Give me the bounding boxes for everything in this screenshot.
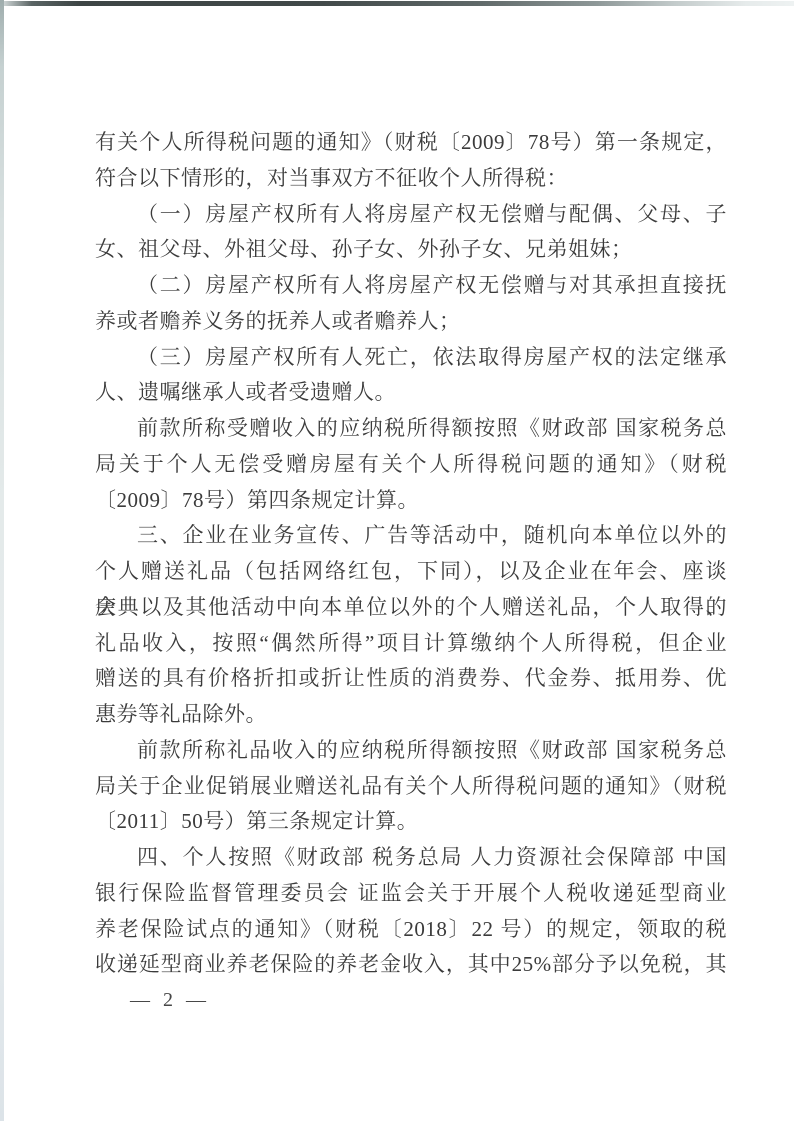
document-line: 局关于个人无偿受赠房屋有关个人所得税问题的通知》（财税 [95,447,727,483]
document-line: （三）房屋产权所有人死亡，依法取得房屋产权的法定继承 [95,340,727,376]
document-line: 养老保险试点的通知》（财税〔2018〕22 号）的规定，领取的税 [95,912,727,948]
document-line: 四、个人按照《财政部 税务总局 人力资源社会保障部 中国 [95,840,727,876]
document-line: 局关于企业促销展业赠送礼品有关个人所得税问题的通知》（财税 [95,769,727,805]
document-line: 人、遗嘱继承人或者受遗赠人。 [95,375,727,411]
document-line: 女、祖父母、外祖父母、孙子女、外孙子女、兄弟姐妹； [95,232,727,268]
document-line: 〔2009〕78号）第四条规定计算。 [95,483,727,519]
scan-artifact-left-edge [0,0,4,1121]
document-line: 三、企业在业务宣传、广告等活动中，随机向本单位以外的 [95,518,727,554]
scanned-document-page: 有关个人所得税问题的通知》（财税〔2009〕78号）第一条规定， 符合以下情形的… [0,0,794,1121]
document-line: 前款所称受赠收入的应纳税所得额按照《财政部 国家税务总 [95,411,727,447]
document-line: 个人赠送礼品（包括网络红包，下同），以及企业在年会、座谈会、 [95,554,727,590]
document-line: 礼品收入，按照“偶然所得”项目计算缴纳个人所得税，但企业 [95,626,727,662]
document-line: 惠券等礼品除外。 [95,697,727,733]
document-line: （一）房屋产权所有人将房屋产权无偿赠与配偶、父母、子 [95,197,727,233]
document-line: 〔2011〕50号）第三条规定计算。 [95,804,727,840]
document-line: 银行保险监督管理委员会 证监会关于开展个人税收递延型商业 [95,876,727,912]
document-line: 有关个人所得税问题的通知》（财税〔2009〕78号）第一条规定， [95,125,727,161]
document-line: （二）房屋产权所有人将房屋产权无偿赠与对其承担直接抚 [95,268,727,304]
scan-artifact-top-edge [0,1,794,6]
document-line: 庆典以及其他活动中向本单位以外的个人赠送礼品，个人取得的 [95,590,727,626]
document-line: 前款所称礼品收入的应纳税所得额按照《财政部 国家税务总 [95,733,727,769]
document-line: 养或者赡养义务的抚养人或者赡养人； [95,304,727,340]
page-number: — 2 — [130,986,210,1014]
document-line: 收递延型商业养老保险的养老金收入，其中25%部分予以免税，其 [95,947,727,983]
document-body: 有关个人所得税问题的通知》（财税〔2009〕78号）第一条规定， 符合以下情形的… [95,125,727,983]
document-line: 赠送的具有价格折扣或折让性质的消费券、代金券、抵用券、优 [95,661,727,697]
document-line: 符合以下情形的，对当事双方不征收个人所得税： [95,161,727,197]
